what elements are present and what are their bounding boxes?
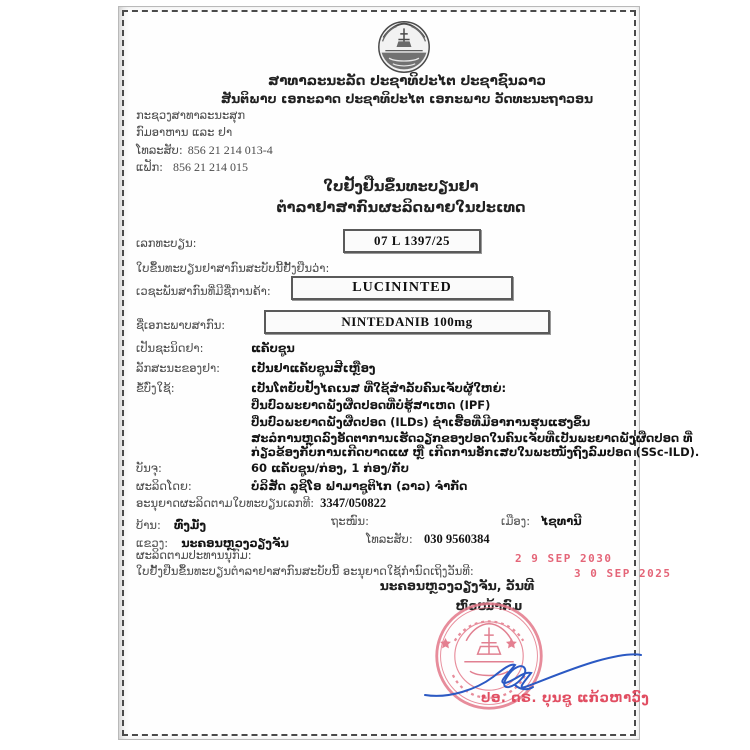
village-label: ບ້ານ: bbox=[136, 518, 161, 532]
telephone-line: ໂທລະສັບ: 856 21 214 013-4 bbox=[136, 143, 273, 158]
dosage-form-value: ແຄັບຊູນ bbox=[251, 341, 295, 355]
country-motto-line1: ສາທາລະນະລັດ ປະຊາທິປະໄຕ ປະຊາຊົນລາວ bbox=[268, 73, 546, 89]
manufacturer-label: ຜະລິດໂດຍ: bbox=[136, 479, 192, 493]
page-background: { "header": { "emblem": "lao-national-em… bbox=[0, 0, 750, 750]
appearance-value: ເປັນຢາແຄັບຊູນສີເຫຼືອງ bbox=[251, 361, 375, 375]
indication-line-4: ກ່ຽວຂ້ອງກັບການເກີດບາດແຜ ຫຼື ເກີດການອັກເສ… bbox=[251, 445, 699, 459]
district-value: ໄຊທານີ bbox=[541, 514, 582, 528]
trade-name-label: ເວຊະພັນສາກົນທີ່ມີຊື່ການຄ້າ: bbox=[136, 284, 271, 298]
certificate-title-line1: ໃບຢັ້ງຢືນຂຶ້ນທະບຽນຢາ bbox=[324, 179, 479, 195]
license-number: 3347/050822 bbox=[320, 496, 386, 511]
indication-line-1: ປິ່ນປົວພະຍາດພັງຜືດປອດທີ່ບໍ່ຮູ້ສາເຫດ (IPF… bbox=[251, 398, 490, 412]
street-label: ຖະໜົນ: bbox=[331, 514, 369, 528]
appearance-label: ລັກສະນະຂອງຢາ: bbox=[136, 361, 220, 375]
inn-label: ຊື່ເອກະພາບສາກົນ: bbox=[136, 318, 225, 332]
telephone-number: 856 21 214 013-4 bbox=[188, 143, 273, 158]
fax-line: ແຟັກ: 856 21 214 015 bbox=[136, 160, 248, 175]
address-row-1: ບ້ານ: ທົ່ງມັ່ງ ຖະໜົນ: ເມືອງ: ໄຊທານີ bbox=[136, 514, 616, 533]
village-value: ທົ່ງມັ່ງ bbox=[174, 518, 206, 532]
fax-label: ແຟັກ: bbox=[136, 160, 163, 174]
indication-line-2: ປິ່ນປົວພະຍາດພັງຜືດປອດ (ILDs) ຊຳເຮື້ອທີ່ມ… bbox=[251, 415, 590, 429]
manufacturer-value: ບໍລິສັດ ລູຊິໂອ ຟາມາຊູຕິໄກ (ລາວ) ຈຳກັດ bbox=[251, 479, 467, 493]
signer-name: ປອ. ດຣ. ບຸນຊູ ແກ້ວຫາວົງ bbox=[481, 691, 649, 706]
indication-label: ຂໍ້ບົ່ງໃຊ້: bbox=[136, 381, 175, 395]
telephone-label: ໂທລະສັບ: bbox=[136, 143, 183, 157]
ministry-name: ກະຊວງສາທາລະນະສຸກ bbox=[136, 108, 245, 122]
license-line: ອະນຸຍາດຜະລິດຕາມໃບທະບຽນເລກທີ: 3347/050822 bbox=[136, 496, 386, 511]
validity-statement: ໃບຢັ້ງຢືນຂຶ້ນທະບຽນຕຳລາຢາສາກົນສະບັບນີ້ ອະ… bbox=[136, 564, 474, 578]
lao-national-emblem-icon bbox=[376, 19, 432, 75]
department-name: ກົມອາຫານ ແລະ ຢາ bbox=[136, 125, 232, 139]
country-motto-line2: ສັນຕິພາບ ເອກະລາດ ປະຊາທິປະໄຕ ເອກະພາບ ວັດທ… bbox=[221, 91, 593, 106]
certificate-title-line2: ຕຳລາຢາສາກົນຜະລິດພາຍໃນປະເທດ bbox=[276, 200, 525, 216]
dosage-form-label: ເປັນຊະນິດຢາ: bbox=[136, 341, 203, 355]
phone-label: ໂທລະສັບ: bbox=[366, 532, 413, 546]
registration-number-box: 07 L 1397/25 bbox=[343, 229, 481, 253]
registration-number-label: ເລກທະບຽນ: bbox=[136, 236, 197, 250]
certificate-document: ສາທາລະນະລັດ ປະຊາທິປະໄຕ ປະຊາຊົນລາວ ສັນຕິພ… bbox=[118, 6, 640, 740]
phone-value: 030 9560384 bbox=[424, 532, 490, 547]
indication-line-3: ສະລໍການຫຼຸດລົງອັດຕາການເຮັດວຽກຂອງປອດໃນຄົນ… bbox=[251, 431, 693, 445]
fax-number: 856 21 214 015 bbox=[173, 160, 248, 175]
pharmacopoeia-label: ຜະລິດຕາມປະທານນຸກົມ: bbox=[136, 548, 252, 562]
district-label: ເມືອງ: bbox=[501, 514, 530, 528]
certify-statement: ໃບຂຶ້ນທະບຽນຢາສາກົນສະບັບນີ້ຢັ້ງຢືນວ່າ: bbox=[136, 261, 329, 275]
trade-name-box: LUCININTED bbox=[291, 276, 513, 300]
signing-place-date: ນະຄອນຫຼວງວຽງຈັນ, ວັນທີ bbox=[380, 578, 534, 593]
pack-label: ບັນຈຸ: bbox=[136, 461, 162, 475]
indication-intro: ເປັນໂຕຍັບຢັ້ງໄຄເນສ ທີ່ໃຊ້ສຳລັບຄົນເຈັບຜູ້… bbox=[251, 381, 506, 395]
pack-value: 60 ແຄັບຊູນ/ກ່ອງ, 1 ກ່ອງ/ກັບ bbox=[251, 461, 409, 475]
issue-date-stamp: 3 0 SEP 2025 bbox=[574, 567, 671, 580]
inn-box: NINTEDANIB 100mg bbox=[264, 310, 550, 334]
license-label: ອະນຸຍາດຜະລິດຕາມໃບທະບຽນເລກທີ: bbox=[136, 496, 314, 510]
expiry-date-stamp: 2 9 SEP 2030 bbox=[515, 552, 612, 565]
